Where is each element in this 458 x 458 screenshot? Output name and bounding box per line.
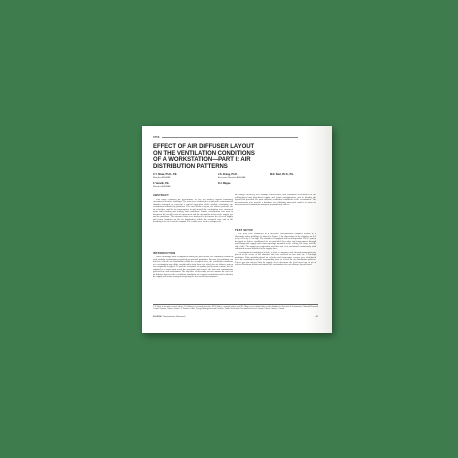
paragraph: Office buildings built or upgraded durin… bbox=[153, 256, 233, 279]
author-affiliation: Member ASHRAE bbox=[153, 177, 177, 180]
paper-title: EFFECT OF AIR DIFFUSER LAYOUT ON THE VEN… bbox=[153, 144, 265, 170]
page-footer: ASHRAE Transactions: Research 65 bbox=[153, 316, 318, 318]
paper-page: 3753 EFFECT OF AIR DIFFUSER LAYOUT ON TH… bbox=[142, 126, 332, 333]
abstract-text: This study evaluated the performance of … bbox=[153, 199, 233, 249]
author-block: C.Y. Shaw, Ph.D., P.E. Member ASHRAE J.S… bbox=[153, 174, 316, 191]
abstract-continued-text: air change efficiency, air exchange effe… bbox=[235, 194, 316, 224]
title-line: EFFECT OF AIR DIFFUSER LAYOUT bbox=[153, 144, 265, 151]
body-columns: ABSTRACT This study evaluated the perfor… bbox=[153, 194, 316, 305]
author-footnote: C.Y. Shaw is a senior research officer, … bbox=[153, 304, 318, 315]
author: R.J. Magee bbox=[218, 183, 231, 186]
title-line: DISTRIBUTION PATTERNS bbox=[153, 164, 265, 171]
section-heading-test-setup: TEST SETUP bbox=[235, 229, 316, 232]
right-column: air change efficiency, air exchange effe… bbox=[235, 194, 316, 305]
paragraph: A workstation consisting of a desk, a ch… bbox=[235, 252, 316, 267]
left-column: ABSTRACT This study evaluated the perfor… bbox=[153, 194, 233, 305]
title-line: ON THE VENTILATION CONDITIONS bbox=[153, 151, 265, 158]
author: M.N. Said, Ph.D., P.E. bbox=[270, 174, 294, 177]
author: C.Y. Shaw, Ph.D., P.E. Member ASHRAE bbox=[153, 174, 177, 179]
cover-background: 3753 EFFECT OF AIR DIFFUSER LAYOUT ON TH… bbox=[0, 0, 458, 458]
page-number: 65 bbox=[316, 316, 318, 318]
paragraph: This study evaluated the performance of … bbox=[153, 199, 233, 224]
paragraph: The tests were conducted in a full-scale… bbox=[235, 233, 316, 251]
title-line: OF A WORKSTATION—PART I: AIR bbox=[153, 157, 265, 164]
introduction-text: Office buildings built or upgraded durin… bbox=[153, 256, 233, 305]
author: F. Vaculik, P.E. Member ASHRAE bbox=[153, 183, 171, 188]
author: J.S. Zhang, Ph.D. Associate Member ASHRA… bbox=[218, 174, 246, 179]
author-name: R.J. Magee bbox=[218, 183, 231, 186]
paper-header: 3753 bbox=[153, 135, 316, 139]
test-setup-text: The tests were conducted in a full-scale… bbox=[235, 233, 316, 304]
section-heading-abstract: ABSTRACT bbox=[153, 194, 233, 197]
journal-name: ASHRAE Transactions: Research bbox=[153, 316, 186, 318]
author-name: M.N. Said, Ph.D., P.E. bbox=[270, 174, 294, 177]
author-affiliation: Associate Member ASHRAE bbox=[218, 177, 246, 180]
paragraph: air change efficiency, air exchange effe… bbox=[235, 194, 316, 207]
header-rule bbox=[162, 137, 298, 138]
paper-number: 3753 bbox=[153, 136, 160, 139]
author-affiliation: Member ASHRAE bbox=[153, 186, 171, 189]
section-heading-introduction: INTRODUCTION bbox=[153, 252, 233, 255]
